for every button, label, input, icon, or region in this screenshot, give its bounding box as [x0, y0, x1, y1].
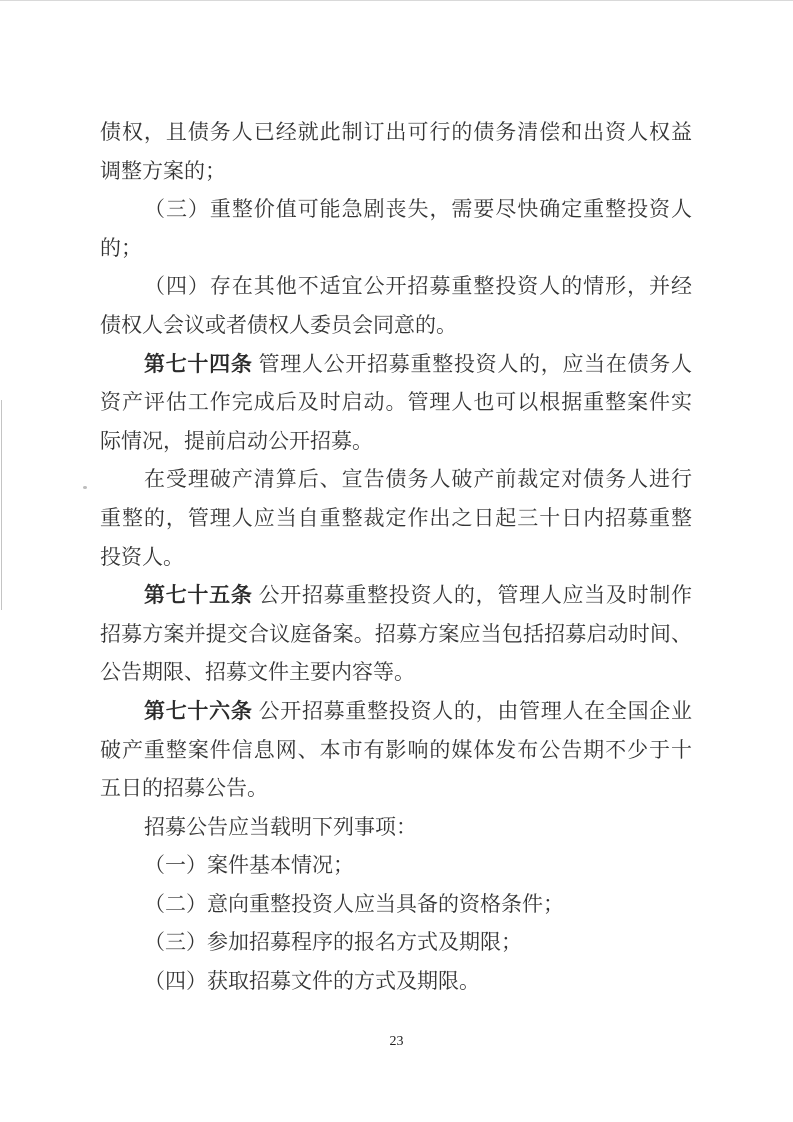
document-page: 债权，且债务人已经就此制订出可行的债务清偿和出资人权益调整方案的；（三）重整价值…: [0, 0, 793, 1122]
text-line: 五日的招募公告。: [100, 769, 692, 808]
text-line: （三）重整价值可能急剧丧失，需要尽快确定重整投资人: [100, 190, 692, 229]
paragraph: （一）案件基本情况；: [100, 846, 692, 885]
page-footer: 23: [0, 1032, 793, 1050]
paragraph: （四）获取招募文件的方式及期限。: [100, 962, 692, 1001]
text-line: （四）存在其他不适宜公开招募重整投资人的情形，并经: [100, 267, 692, 306]
scan-speck: [83, 486, 87, 489]
paragraph: （四）存在其他不适宜公开招募重整投资人的情形，并经债权人会议或者债权人委员会同意…: [100, 267, 692, 344]
article-number: 第七十六条: [144, 700, 253, 723]
text-line: （二）意向重整投资人应当具备的资格条件；: [100, 885, 692, 924]
text-line: 的；: [100, 229, 692, 268]
paragraph: （三）重整价值可能急剧丧失，需要尽快确定重整投资人的；: [100, 190, 692, 267]
text-line: 债权，且债务人已经就此制订出可行的债务清偿和出资人权益: [100, 113, 692, 152]
paragraph: 第七十五条 公开招募重整投资人的，管理人应当及时制作招募方案并提交合议庭备案。招…: [100, 576, 692, 692]
text-line: （四）获取招募文件的方式及期限。: [100, 962, 692, 1001]
text-line: 破产重整案件信息网、本市有影响的媒体发布公告期不少于十: [100, 731, 692, 770]
scan-edge-left: [1, 400, 2, 610]
scan-edge-top: [0, 0, 793, 1]
paragraph: 债权，且债务人已经就此制订出可行的债务清偿和出资人权益调整方案的；: [100, 113, 692, 190]
page-number: 23: [390, 1034, 404, 1050]
text-line: 投资人。: [100, 538, 692, 577]
text-line: 第七十六条 公开招募重整投资人的，由管理人在全国企业: [100, 692, 692, 731]
text-line: （三）参加招募程序的报名方式及期限；: [100, 923, 692, 962]
paragraph: （二）意向重整投资人应当具备的资格条件；: [100, 885, 692, 924]
text-line: 公告期限、招募文件主要内容等。: [100, 653, 692, 692]
article-number: 第七十四条: [144, 353, 253, 376]
text-line: 第七十五条 公开招募重整投资人的，管理人应当及时制作: [100, 576, 692, 615]
article-number: 第七十五条: [144, 584, 253, 607]
paragraph: 在受理破产清算后、宣告债务人破产前裁定对债务人进行重整的，管理人应当自重整裁定作…: [100, 460, 692, 576]
text-line: 资产评估工作完成后及时启动。管理人也可以根据重整案件实: [100, 383, 692, 422]
text-line: 在受理破产清算后、宣告债务人破产前裁定对债务人进行: [100, 460, 692, 499]
text-line: 第七十四条 管理人公开招募重整投资人的，应当在债务人: [100, 345, 692, 384]
text-line: 际情况，提前启动公开招募。: [100, 422, 692, 461]
text-line: 重整的，管理人应当自重整裁定作出之日起三十日内招募重整: [100, 499, 692, 538]
paragraph: （三）参加招募程序的报名方式及期限；: [100, 923, 692, 962]
text-line: 调整方案的；: [100, 152, 692, 191]
text-line: 债权人会议或者债权人委员会同意的。: [100, 306, 692, 345]
text-line: （一）案件基本情况；: [100, 846, 692, 885]
text-block: 债权，且债务人已经就此制订出可行的债务清偿和出资人权益调整方案的；（三）重整价值…: [100, 113, 692, 1001]
paragraph: 招募公告应当载明下列事项：: [100, 808, 692, 847]
paragraph: 第七十四条 管理人公开招募重整投资人的，应当在债务人资产评估工作完成后及时启动。…: [100, 345, 692, 461]
text-line: 招募方案并提交合议庭备案。招募方案应当包括招募启动时间、: [100, 615, 692, 654]
text-line: 招募公告应当载明下列事项：: [100, 808, 692, 847]
paragraph: 第七十六条 公开招募重整投资人的，由管理人在全国企业破产重整案件信息网、本市有影…: [100, 692, 692, 808]
